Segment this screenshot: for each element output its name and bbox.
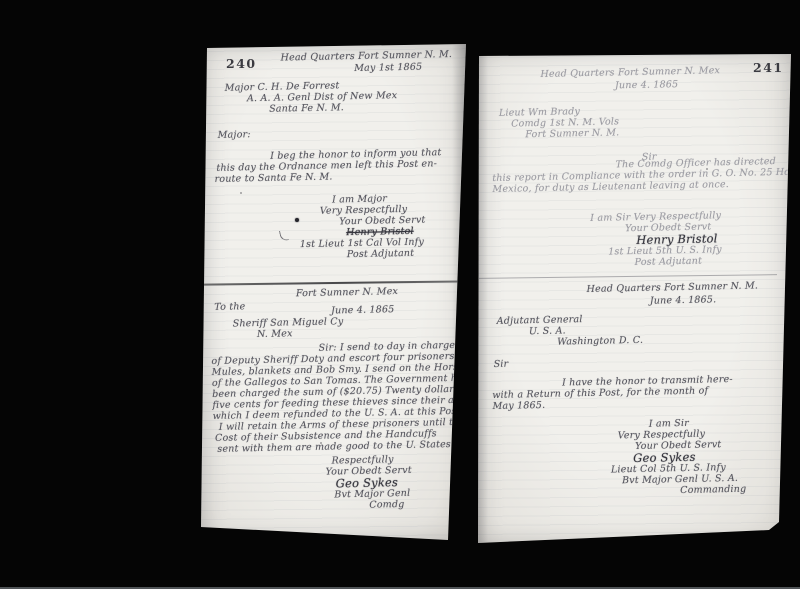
letter-241-top: Head Quarters Fort Sumner N. MexJune 4. … [490,64,782,271]
letter-divider-right [479,274,777,279]
scan-speckle [706,168,708,170]
handwritten-line: Major: [212,125,458,141]
letter-241-bottom: Head Quarters Fort Sumner N. M.June 4. 1… [490,280,782,500]
handwritten-line: Sir [492,353,780,370]
gutter-shadow-left [452,42,468,544]
letter-240-top: Head Quarters Fort Sumner N. M.May 1st 1… [210,49,460,263]
ledger-page-right: 241 Head Quarters Fort Sumner N. MexJune… [476,48,794,548]
letter-240-bottom: Fort Sumner N. MexTo theJune 4. 1865Sher… [210,285,461,514]
microfilm-scan-frame: 240 Head Quarters Fort Sumner N. M.May 1… [0,0,800,589]
ledger-page-left: 240 Head Quarters Fort Sumner N. M.May 1… [200,42,468,544]
gutter-shadow-right [476,48,488,548]
ink-blot [295,218,299,222]
scan-speckle [240,192,242,194]
